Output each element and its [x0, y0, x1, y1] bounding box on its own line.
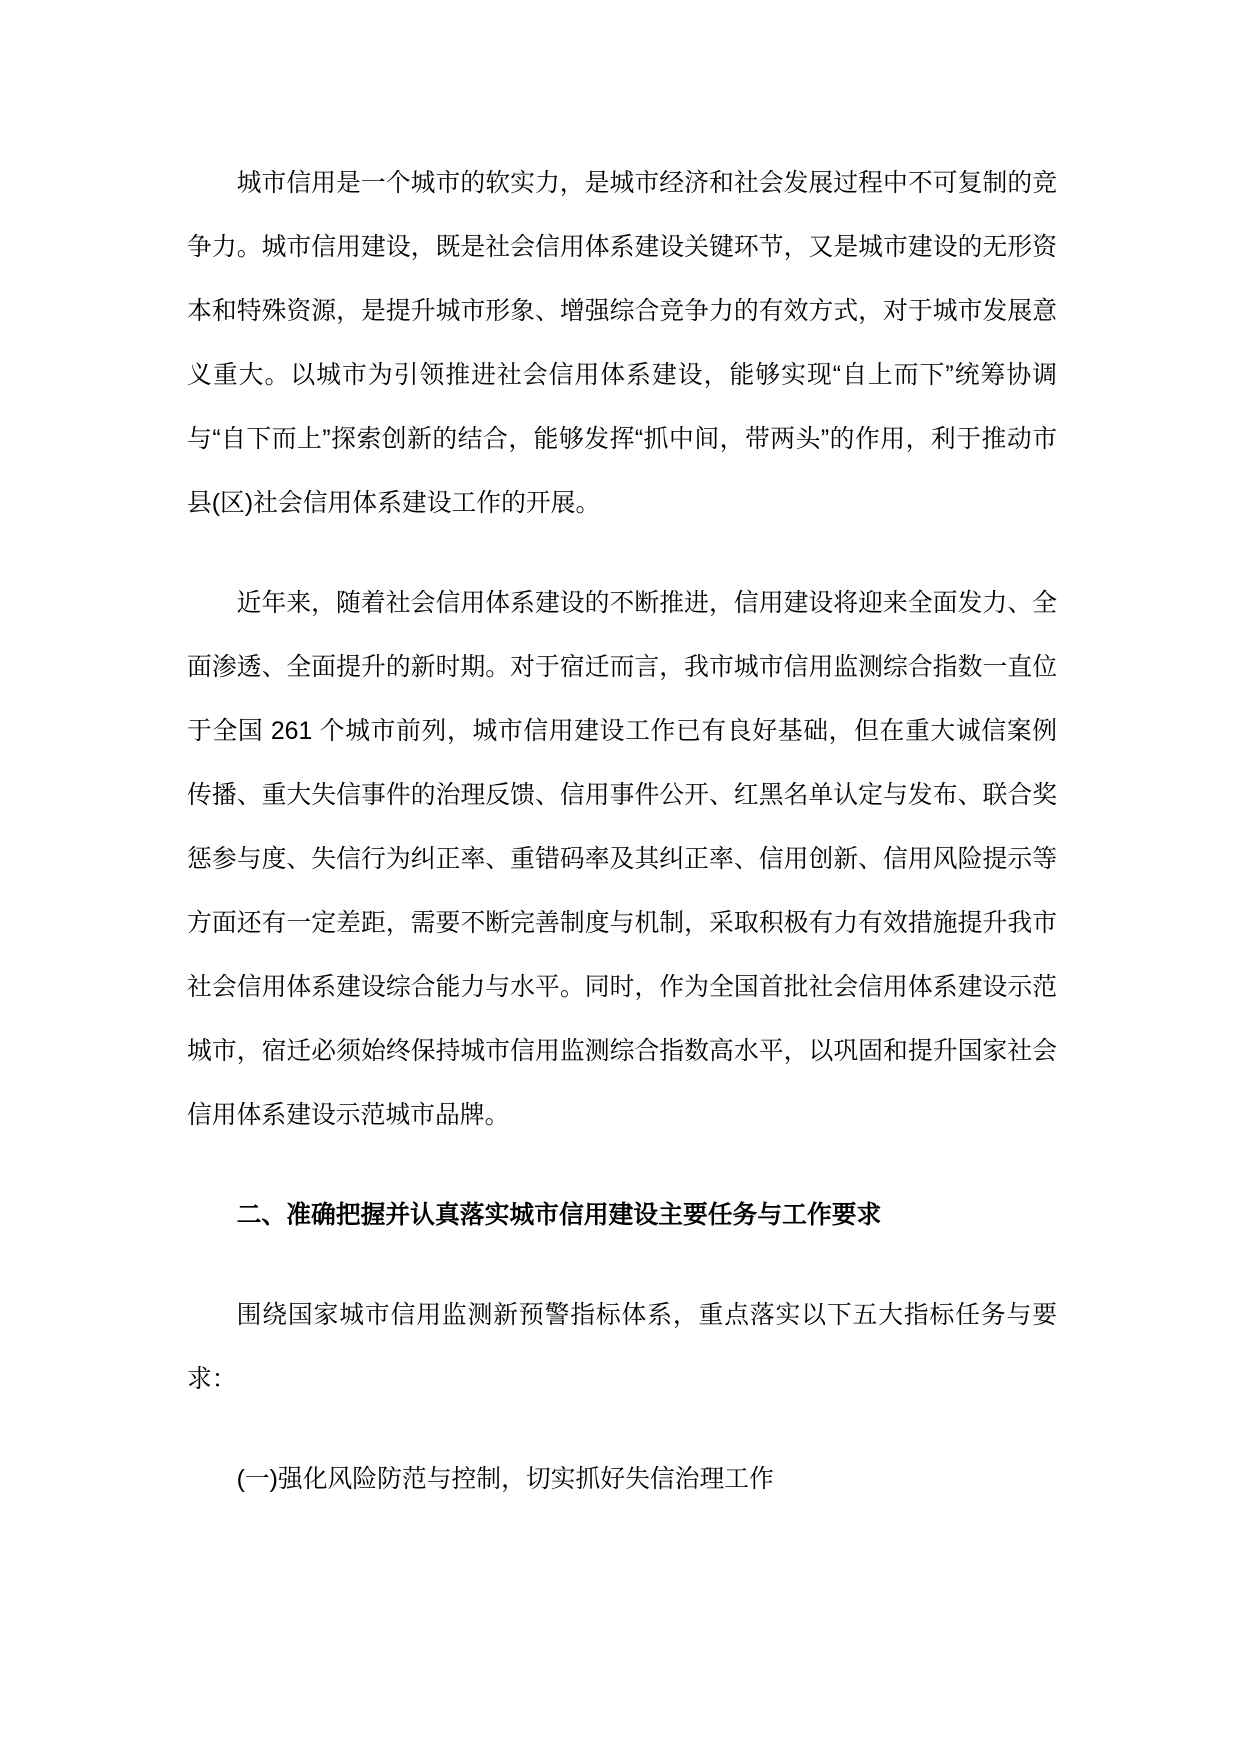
- paragraph-recent-years-status: 近年来，随着社会信用体系建设的不断推进，信用建设将迎来全面发力、全面渗透、全面提…: [187, 572, 1057, 1148]
- paragraph-city-credit-intro: 城市信用是一个城市的软实力，是城市经济和社会发展过程中不可复制的竞争力。城市信用…: [187, 152, 1057, 536]
- subsection-heading-risk-control: (一)强化风险防范与控制，切实抓好失信治理工作: [187, 1448, 1057, 1512]
- section-heading-main-tasks: 二、准确把握并认真落实城市信用建设主要任务与工作要求: [187, 1184, 1057, 1248]
- document-page: 城市信用是一个城市的软实力，是城市经济和社会发展过程中不可复制的竞争力。城市信用…: [0, 0, 1241, 1754]
- paragraph-five-indicator-tasks: 围绕国家城市信用监测新预警指标体系，重点落实以下五大指标任务与要求：: [187, 1284, 1057, 1412]
